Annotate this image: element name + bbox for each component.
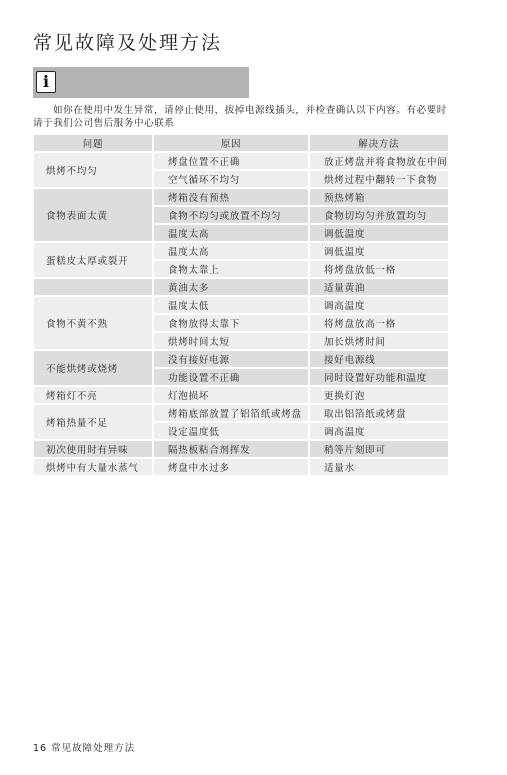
cause-cell: 空气循环不均匀 <box>154 171 308 187</box>
cause-cell: 温度太低 <box>154 297 308 313</box>
problem-cell: 食物表面太黄 <box>34 189 152 241</box>
cause-cell: 温度太高 <box>154 225 308 241</box>
intro-paragraph: 如你在使用中发生异常，请停止使用，拔掉电源线插头，并检查确认以下内容。有必要时 … <box>33 104 493 130</box>
cause-cell: 烤盘位置不正确 <box>154 153 308 169</box>
solution-cell: 预热烤箱 <box>310 189 448 205</box>
problem-cell: 烤箱灯不亮 <box>34 387 152 403</box>
cause-cell: 没有接好电源 <box>154 351 308 367</box>
intro-line-2: 请于我们公司售后服务中心联系 <box>33 118 174 129</box>
cause-cell: 烘烤时间太短 <box>154 333 308 349</box>
cause-cell: 烤盘中水过多 <box>154 459 308 475</box>
solution-cell: 调低温度 <box>310 225 448 241</box>
info-banner: i <box>33 67 249 98</box>
solution-cell: 烘烤过程中翻转一下食物 <box>310 171 448 187</box>
info-icon: i <box>36 71 56 93</box>
table-row: 烤箱灯不亮 灯泡损坏 更换灯泡 <box>34 387 448 403</box>
cause-cell: 食物不均匀或放置不均匀 <box>154 207 308 223</box>
solution-cell: 同时设置好功能和温度 <box>310 369 448 385</box>
cause-cell: 设定温度低 <box>154 423 308 439</box>
solution-cell: 适量黄油 <box>310 279 448 295</box>
problem-cell <box>34 279 152 295</box>
table-row: 烤箱热量不足 烤箱底部放置了铝箔纸或烤盘 取出铝箔纸或烤盘 <box>34 405 448 421</box>
solution-cell: 调低温度 <box>310 243 448 259</box>
problem-cell: 烤箱热量不足 <box>34 405 152 439</box>
solution-cell: 调高温度 <box>310 423 448 439</box>
cause-cell: 隔热板粘合剂挥发 <box>154 441 308 457</box>
solution-cell: 将烤盘放高一格 <box>310 315 448 331</box>
solution-cell: 加长烘烤时间 <box>310 333 448 349</box>
cause-cell: 温度太高 <box>154 243 308 259</box>
table-row: 烘烤中有大量水蒸气 烤盘中水过多 适量水 <box>34 459 448 475</box>
solution-cell: 放正烤盘并将食物放在中间 <box>310 153 448 169</box>
header-cause: 原因 <box>154 135 308 151</box>
solution-cell: 将烤盘放低一格 <box>310 261 448 277</box>
solution-cell: 食物切均匀并放置均匀 <box>310 207 448 223</box>
table-row: 烘烤不均匀 烤盘位置不正确 放正烤盘并将食物放在中间 <box>34 153 448 169</box>
table-row: 不能烘烤或烧烤 没有接好电源 接好电源线 <box>34 351 448 367</box>
solution-cell: 稍等片刻即可 <box>310 441 448 457</box>
header-problem: 问题 <box>34 135 152 151</box>
problem-cell: 不能烘烤或烧烤 <box>34 351 152 385</box>
table-header-row: 问题 原因 解决方法 <box>34 135 448 151</box>
table-row: 黄油太多 适量黄油 <box>34 279 448 295</box>
cause-cell: 黄油太多 <box>154 279 308 295</box>
solution-cell: 调高温度 <box>310 297 448 313</box>
cause-cell: 烤箱底部放置了铝箔纸或烤盘 <box>154 405 308 421</box>
cause-cell: 烤箱没有预热 <box>154 189 308 205</box>
cause-cell: 食物放得太靠下 <box>154 315 308 331</box>
table-row: 初次使用时有异味 隔热板粘合剂挥发 稍等片刻即可 <box>34 441 448 457</box>
intro-line-1: 如你在使用中发生异常，请停止使用，拔掉电源线插头，并检查确认以下内容。有必要时 <box>53 105 447 116</box>
solution-cell: 取出铝箔纸或烤盘 <box>310 405 448 421</box>
problem-cell: 食物不黄不熟 <box>34 297 152 349</box>
page-title: 常见故障及处理方法 <box>33 28 222 55</box>
page-footer: 16 常见故障处理方法 <box>33 740 135 754</box>
table-row: 食物不黄不熟 温度太低 调高温度 <box>34 297 448 313</box>
solution-cell: 更换灯泡 <box>310 387 448 403</box>
problem-cell: 烘烤不均匀 <box>34 153 152 187</box>
solution-cell: 适量水 <box>310 459 448 475</box>
table-row: 食物表面太黄 烤箱没有预热 预热烤箱 <box>34 189 448 205</box>
cause-cell: 功能设置不正确 <box>154 369 308 385</box>
problem-cell: 初次使用时有异味 <box>34 441 152 457</box>
table-row: 蛋糕皮太厚或裂开 温度太高 调低温度 <box>34 243 448 259</box>
header-solution: 解决方法 <box>310 135 448 151</box>
problem-cell: 烘烤中有大量水蒸气 <box>34 459 152 475</box>
fault-table: 问题 原因 解决方法 烘烤不均匀 烤盘位置不正确 放正烤盘并将食物放在中间 空气… <box>32 133 450 477</box>
cause-cell: 食物太靠上 <box>154 261 308 277</box>
cause-cell: 灯泡损坏 <box>154 387 308 403</box>
solution-cell: 接好电源线 <box>310 351 448 367</box>
problem-cell: 蛋糕皮太厚或裂开 <box>34 243 152 277</box>
